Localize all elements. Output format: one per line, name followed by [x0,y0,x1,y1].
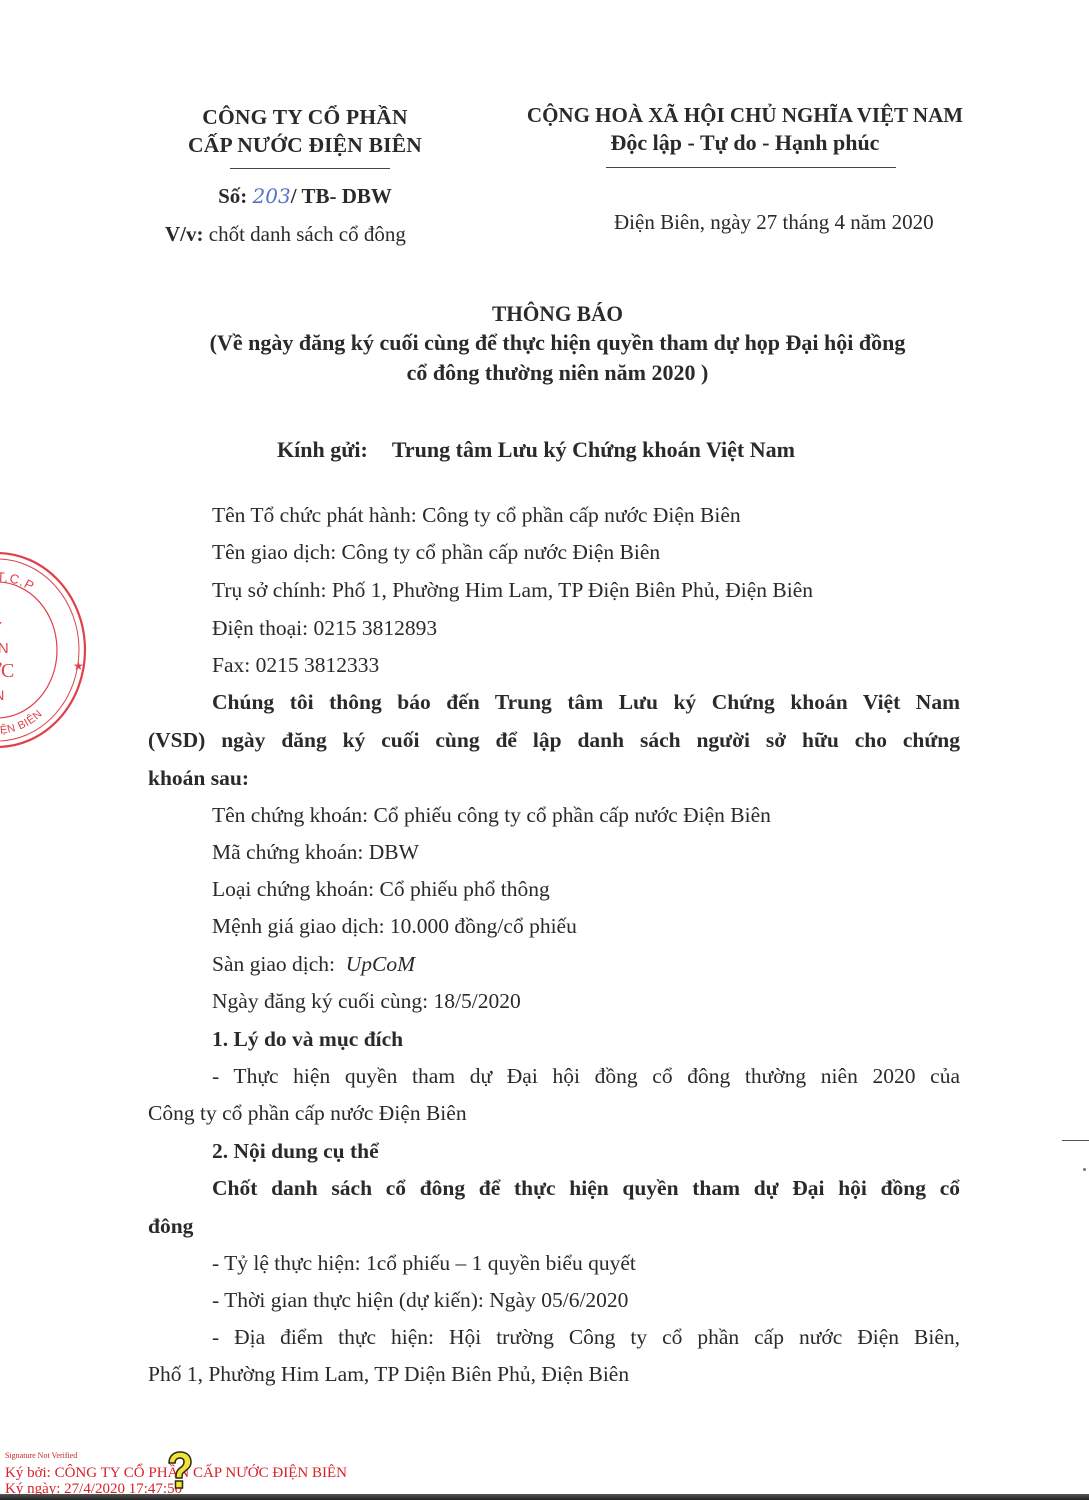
handwritten-number: 203 [253,184,291,208]
scan-artifact-line [1062,1140,1089,1141]
section2-venue-line1: - Địa điểm thực hiện: Hội trường Công ty… [212,1325,960,1350]
section1-line2: Công ty cổ phần cấp nước Điện Biên [148,1101,467,1126]
section2-bold-line1: Chốt danh sách cổ đông để thực hiện quyề… [212,1176,960,1201]
national-motto: Độc lập - Tự do - Hạnh phúc [500,129,990,157]
recipient-name: Trung tâm Lưu ký Chứng khoán Việt Nam [392,437,795,462]
number-label: Số: [218,184,247,208]
notice-line2: (VSD) ngày đăng ký cuối cùng để lập danh… [148,728,960,753]
divider [230,168,390,169]
subtitle-line1: (Về ngày đăng ký cuối cùng để thực hiện … [100,328,1015,358]
nation-name: CỘNG HOÀ XÃ HỘI CHỦ NGHĨA VIỆT NAM [500,101,990,129]
document-number: Số: 203/ TB- DBW [130,184,480,209]
issuer-phone: Điện thoại: 0215 3812893 [212,616,437,641]
svg-text:00728-C.T.C.P: 00728-C.T.C.P [0,569,37,611]
company-name-line1: CÔNG TY CỔ PHẦN [130,103,480,131]
company-name-line2: CẤP NƯỚC ĐIỆN BIÊN [130,131,480,159]
subtitle-line2: cổ đông thường niên năm 2020 ) [100,358,1015,388]
issuer-name: Tên Tổ chức phát hành: Công ty cổ phần c… [212,503,741,528]
notice-line3: khoán sau: [148,766,249,791]
security-exchange: Sàn giao dịch: UpCoM [212,952,415,977]
issuer-fax: Fax: 0215 3812333 [212,653,379,678]
security-type: Loại chứng khoán: Cổ phiếu phổ thông [212,877,550,902]
notice-line1: Chúng tôi thông báo đến Trung tâm Lưu ký… [212,690,960,715]
question-mark-icon[interactable] [162,1450,196,1490]
svg-text:★: ★ [73,659,84,673]
subject-label: V/v: [165,222,204,246]
number-suffix: / TB- DBW [291,184,392,208]
seal-line4: IÊN [0,687,4,703]
seal-line1: G TY [0,620,2,637]
seal-line2: HẦN [0,640,9,657]
scan-edge [0,1494,1089,1500]
recipient: Kính gửi:Trung tâm Lưu ký Chứng khoán Vi… [277,437,795,463]
section2-heading: 2. Nội dung cụ thể [212,1139,379,1164]
seal-ring-text: 00728-C.T.C.P [0,569,37,611]
section2-time: - Thời gian thực hiện (dự kiến): Ngày 05… [212,1288,628,1313]
national-header: CỘNG HOÀ XÃ HỘI CHỦ NGHĨA VIỆT NAM Độc l… [500,101,990,157]
subject-text: chốt danh sách cổ đông [204,222,406,246]
divider [606,167,896,168]
signature-status: Signature Not Verified [5,1451,77,1460]
recipient-label: Kính gửi: [277,437,368,462]
seal-line3: ƯỚC [0,658,14,682]
document-title: THÔNG BÁO [114,299,1002,329]
company-seal: 00728-C.T.C.P T.ĐIỆN BIÊN ★ G TY HẦN ƯỚC… [0,548,90,753]
issuer-trade-name: Tên giao dịch: Công ty cổ phần cấp nước … [212,540,660,565]
issuer-address: Trụ sở chính: Phố 1, Phường Him Lam, TP … [212,578,813,603]
seal-icon: 00728-C.T.C.P T.ĐIỆN BIÊN ★ G TY HẦN ƯỚC… [0,548,90,753]
exchange-value: UpCoM [346,952,415,976]
exchange-label: Sàn giao dịch: [212,952,346,976]
record-date: Ngày đăng ký cuối cùng: 18/5/2020 [212,989,521,1014]
document-title-subtitle: (Về ngày đăng ký cuối cùng để thực hiện … [100,328,1015,388]
security-name: Tên chứng khoán: Cổ phiếu công ty cổ phầ… [212,803,771,828]
section1-heading: 1. Lý do và mục đích [212,1027,403,1052]
section2-ratio: - Tỷ lệ thực hiện: 1cổ phiếu – 1 quyền b… [212,1251,636,1276]
scan-artifact-dot [1083,1168,1086,1171]
section1-line1: - Thực hiện quyền tham dự Đại hội đồng c… [212,1064,960,1089]
issuer-company-name: CÔNG TY CỔ PHẦN CẤP NƯỚC ĐIỆN BIÊN [130,103,480,159]
security-par-value: Mệnh giá giao dịch: 10.000 đồng/cổ phiếu [212,914,577,939]
section2-venue-line2: Phố 1, Phường Him Lam, TP Diện Biên Phủ,… [148,1362,629,1387]
place-and-date: Điện Biên, ngày 27 tháng 4 năm 2020 [614,210,934,235]
security-code: Mã chứng khoán: DBW [212,840,419,865]
section2-bold-line2: đông [148,1214,193,1239]
document-subject: V/v: chốt danh sách cổ đông [165,222,406,247]
